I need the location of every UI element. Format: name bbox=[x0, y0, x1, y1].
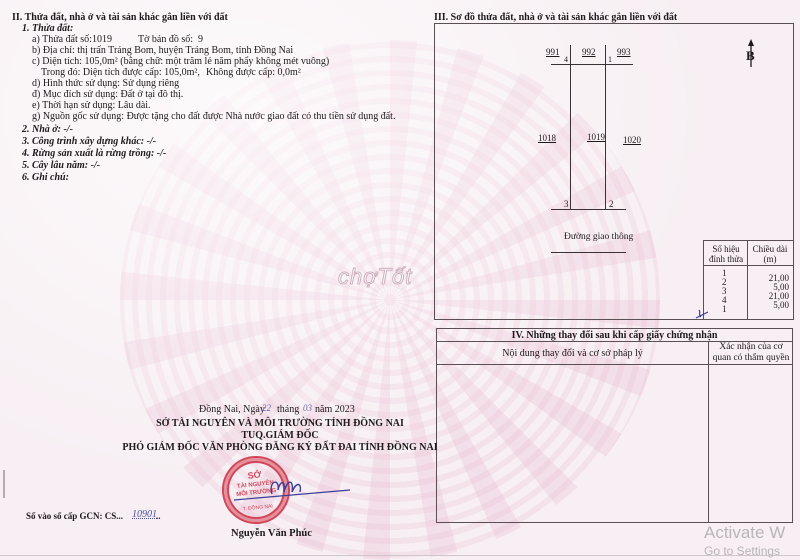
perennial-trees: 5. Cây lâu năm: -/- bbox=[22, 160, 100, 171]
scan-edge-mark bbox=[3, 470, 5, 498]
windows-activation-link[interactable]: Go to Settings bbox=[704, 544, 780, 558]
use-form: d) Hình thức sử dụng: Sử dụng riêng bbox=[32, 78, 179, 89]
parcel-1019: 1019 bbox=[587, 132, 605, 143]
notes: 6. Ghi chú: bbox=[22, 172, 69, 183]
use-purpose: đ) Mục đích sử dụng: Đất ở tại đô thị. bbox=[32, 89, 183, 100]
map-sheet-number: 9 bbox=[198, 34, 203, 45]
signature-scribble bbox=[232, 472, 352, 507]
production-forest: 4. Rừng sản xuất là rừng trồng: -/- bbox=[22, 148, 166, 159]
area: c) Diện tích: 105,0m² (bằng chữ: một tră… bbox=[32, 56, 329, 67]
section-2-title: II. Thửa đất, nhà ở và tài sản khác gắn … bbox=[12, 12, 228, 23]
not-granted-area: Không được cấp: 0,0m² bbox=[206, 67, 301, 78]
page-bottom-edge bbox=[0, 555, 800, 556]
signer-position: PHÓ GIÁM ĐỐC VĂN PHÒNG ĐĂNG KÝ ĐẤT ĐAI T… bbox=[0, 442, 560, 453]
map-sheet-label: Tờ bản đồ số: bbox=[138, 34, 193, 45]
tuq-director: TUQ.GIÁM ĐỐC bbox=[0, 430, 560, 441]
road-edge-line bbox=[551, 252, 626, 253]
bottom-boundary-line bbox=[551, 209, 626, 210]
land-heading: 1. Thửa đất: bbox=[22, 23, 73, 34]
parcel-number: 1019 bbox=[92, 34, 112, 45]
registry-label: Số vào sổ cấp GCN: CS... bbox=[26, 511, 123, 522]
svg-text:B: B bbox=[746, 48, 755, 63]
signer-name: Nguyễn Văn Phúc bbox=[231, 528, 312, 539]
date-prefix: Đồng Nai, Ngày bbox=[199, 404, 265, 415]
address: b) Địa chỉ: thị trấn Trảng Bom, huyện Tr… bbox=[32, 45, 293, 56]
col-change-content: Nội dung thay đổi và cơ sở pháp lý bbox=[437, 348, 708, 359]
boundary-length-table: Số hiệu đỉnh thửa Chiều dài (m) 1 2 3 4 … bbox=[703, 240, 793, 319]
date-month-handwritten: 03 bbox=[303, 403, 312, 414]
granted-area: Trong đó: Diện tích được cấp: 105,0m², bbox=[41, 67, 200, 78]
column-divider bbox=[708, 341, 709, 522]
right-boundary-line bbox=[605, 45, 606, 210]
section-4-title: IV. Những thay đổi sau khi cấp giấy chứn… bbox=[437, 330, 792, 341]
windows-activation-title: Activate W bbox=[704, 523, 785, 543]
registry-suffix: .. bbox=[156, 511, 161, 522]
corner-1: 1 bbox=[608, 54, 612, 65]
initials-mark-icon bbox=[694, 307, 710, 325]
neighbor-1018: 1018 bbox=[538, 133, 556, 144]
col-authority-confirmation: Xác nhận của cơ quan có thẩm quyền bbox=[712, 342, 790, 364]
chotot-watermark: chợTốt bbox=[338, 264, 412, 290]
length: 5,00 bbox=[773, 301, 789, 310]
other-construction: 3. Công trình xây dựng khác: -/- bbox=[22, 136, 156, 147]
north-arrow-icon: B bbox=[744, 38, 758, 68]
neighbor-992: 992 bbox=[582, 47, 596, 58]
point: 1 bbox=[722, 305, 727, 314]
house: 2. Nhà ở: -/- bbox=[22, 124, 73, 135]
header-point: Số hiệu đỉnh thửa bbox=[706, 244, 746, 264]
date-year: năm 2023 bbox=[315, 404, 355, 415]
corner-2: 2 bbox=[609, 199, 614, 210]
corner-3: 3 bbox=[564, 199, 569, 210]
corner-4: 4 bbox=[564, 54, 568, 65]
issuing-organization: SỞ TÀI NGUYÊN VÀ MÔI TRƯỜNG TỈNH ĐỒNG NA… bbox=[0, 418, 560, 429]
left-boundary-line bbox=[570, 45, 571, 210]
neighbor-1020: 1020 bbox=[623, 135, 641, 146]
use-term: e) Thời hạn sử dụng: Lâu dài. bbox=[32, 100, 151, 111]
section-3-title: III. Sơ đồ thửa đất, nhà ở và tài sản kh… bbox=[434, 12, 677, 23]
neighbor-991: 991 bbox=[546, 47, 560, 58]
neighbor-993: 993 bbox=[617, 47, 631, 58]
use-origin: g) Nguồn gốc sử dụng: Được tặng cho đất … bbox=[32, 111, 395, 122]
date-month-label: tháng bbox=[277, 404, 299, 415]
row-divider bbox=[437, 364, 792, 365]
registry-number: 10901 bbox=[132, 509, 157, 520]
parcel-number-label: a) Thửa đất số: bbox=[32, 34, 92, 45]
date-day-handwritten: 22 bbox=[262, 403, 271, 414]
header-length: Chiều dài (m) bbox=[748, 244, 792, 264]
road-label: Đường giao thông bbox=[564, 232, 633, 243]
